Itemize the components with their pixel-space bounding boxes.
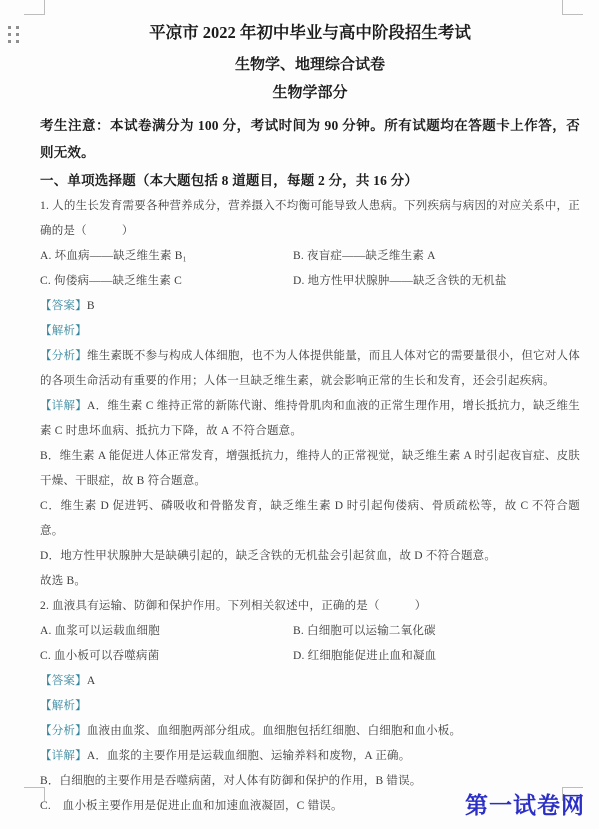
explanation-line: B．维生素 A 能促进人体正常发育，增强抵抗力，维持人的正常视觉，缺乏维生素 A… bbox=[40, 444, 580, 494]
explanation-line: D．地方性甲状腺肿大是缺碘引起的，缺乏含铁的无机盐会引起贫血，故 D 不符合题意… bbox=[40, 544, 580, 569]
question-1-options-row-1: A. 坏血病——缺乏维生素 B₁ B. 夜盲症——缺乏维生素 A bbox=[40, 244, 580, 269]
explanation-text: A．血浆的主要作用是运载血细胞、运输养料和废物，A 正确。 bbox=[87, 750, 411, 762]
analysis-marker: 【分析】 bbox=[40, 350, 87, 362]
analysis-marker: 【详解】 bbox=[40, 750, 87, 762]
crop-mark-top-left bbox=[24, 14, 45, 15]
question-2-options-row-2: C. 血小板可以吞噬病菌 D. 红细胞能促进止血和凝血 bbox=[40, 644, 580, 669]
explanation-text: C．维生素 D 促进钙、磷吸收和骨骼发育，缺乏维生素 D 时引起佝偻病、骨质疏松… bbox=[40, 500, 580, 537]
doc-title-subject: 生物学、地理综合试卷 bbox=[40, 52, 580, 78]
explanation-line: 【解析】 bbox=[40, 694, 580, 719]
question-1-option-c: C. 佝偻病——缺乏维生素 C bbox=[40, 269, 293, 294]
crop-mark-top-right bbox=[562, 14, 583, 15]
analysis-marker: 【分析】 bbox=[40, 725, 87, 737]
doc-title-section: 生物学部分 bbox=[40, 80, 580, 106]
question-2-option-a: A. 血浆可以运载血细胞 bbox=[40, 619, 293, 644]
answer-marker: 【答案】 bbox=[40, 675, 87, 687]
explanation-text: 血液由血浆、血细胞两部分组成。血细胞包括红细胞、白细胞和血小板。 bbox=[87, 725, 461, 737]
question-2-options-row-1: A. 血浆可以运载血细胞 B. 白细胞可以运输二氧化碳 bbox=[40, 619, 580, 644]
question-2-option-d: D. 红细胞能促进止血和凝血 bbox=[293, 644, 580, 669]
question-block-2: 2. 血液具有运输、防御和保护作用。下列相关叙述中，正确的是（ ） A. 血浆可… bbox=[40, 594, 580, 819]
exam-document: 平凉市 2022 年初中毕业与高中阶段招生考试 生物学、地理综合试卷 生物学部分… bbox=[40, 20, 580, 819]
drag-handle-icon[interactable] bbox=[8, 26, 19, 43]
question-2-option-b: B. 白细胞可以运输二氧化碳 bbox=[293, 619, 580, 644]
analysis-marker: 【解析】 bbox=[40, 700, 87, 712]
explanation-line: 【详解】A．血浆的主要作用是运载血细胞、运输养料和废物，A 正确。 bbox=[40, 744, 580, 769]
explanation-line: 【解析】 bbox=[40, 319, 580, 344]
explanation-line: 【分析】维生素既不参与构成人体细胞，也不为人体提供能量，而且人体对它的需要量很小… bbox=[40, 344, 580, 394]
answer-value: B bbox=[87, 300, 95, 312]
doc-title-main: 平凉市 2022 年初中毕业与高中阶段招生考试 bbox=[40, 20, 580, 46]
question-1-answer-line: 【答案】B bbox=[40, 294, 580, 319]
explanation-text: 维生素既不参与构成人体细胞，也不为人体提供能量，而且人体对它的需要量很小，但它对… bbox=[40, 350, 580, 387]
question-1-option-d: D. 地方性甲状腺肿——缺乏含铁的无机盐 bbox=[293, 269, 580, 294]
explanation-text: D．地方性甲状腺肿大是缺碘引起的，缺乏含铁的无机盐会引起贫血，故 D 不符合题意… bbox=[40, 550, 496, 562]
section-heading: 一、单项选择题（本大题包括 8 道题目，每题 2 分，共 16 分） bbox=[40, 167, 580, 194]
question-2-stem: 2. 血液具有运输、防御和保护作用。下列相关叙述中，正确的是（ ） bbox=[40, 594, 580, 619]
analysis-marker: 【详解】 bbox=[40, 400, 87, 412]
question-1-option-b: B. 夜盲症——缺乏维生素 A bbox=[293, 244, 580, 269]
explanation-text: B．维生素 A 能促进人体正常发育，增强抵抗力，维持人的正常视觉，缺乏维生素 A… bbox=[40, 450, 580, 487]
question-2-option-c: C. 血小板可以吞噬病菌 bbox=[40, 644, 293, 669]
question-2-answer-line: 【答案】A bbox=[40, 669, 580, 694]
explanation-text: C. 血小板主要作用是促进止血和加速血液凝固，C 错误。 bbox=[40, 800, 343, 812]
answer-marker: 【答案】 bbox=[40, 300, 87, 312]
crop-mark-top-right bbox=[562, 0, 563, 14]
analysis-marker: 【解析】 bbox=[40, 325, 87, 337]
explanation-line: C．维生素 D 促进钙、磷吸收和骨骼发育，缺乏维生素 D 时引起佝偻病、骨质疏松… bbox=[40, 494, 580, 544]
site-watermark: 第一试卷网 bbox=[465, 791, 585, 821]
exam-notice: 考生注意：本试卷满分为 100 分，考试时间为 90 分钟。所有试题均在答题卡上… bbox=[40, 112, 580, 166]
question-block-1: 1. 人的生长发育需要各种营养成分，营养摄入不均衡可能导致人患病。下列疾病与病因… bbox=[40, 194, 580, 594]
explanation-line: 【分析】血液由血浆、血细胞两部分组成。血细胞包括红细胞、白细胞和血小板。 bbox=[40, 719, 580, 744]
question-1-options-row-2: C. 佝偻病——缺乏维生素 C D. 地方性甲状腺肿——缺乏含铁的无机盐 bbox=[40, 269, 580, 294]
answer-value: A bbox=[87, 675, 96, 687]
explanation-line: 故选 B。 bbox=[40, 569, 580, 594]
crop-mark-top-left bbox=[44, 0, 45, 14]
explanation-line: 【详解】A．维生素 C 维持正常的新陈代谢、维持骨肌肉和血液的正常生理作用，增长… bbox=[40, 394, 580, 444]
explanation-text: B．白细胞的主要作用是吞噬病菌，对人体有防御和保护的作用，B 错误。 bbox=[40, 775, 422, 787]
explanation-text: A．维生素 C 维持正常的新陈代谢、维持骨肌肉和血液的正常生理作用，增长抵抗力，… bbox=[40, 400, 580, 437]
question-1-option-a: A. 坏血病——缺乏维生素 B₁ bbox=[40, 244, 293, 269]
explanation-text: 故选 B。 bbox=[40, 575, 86, 587]
question-1-stem: 1. 人的生长发育需要各种营养成分，营养摄入不均衡可能导致人患病。下列疾病与病因… bbox=[40, 194, 580, 244]
